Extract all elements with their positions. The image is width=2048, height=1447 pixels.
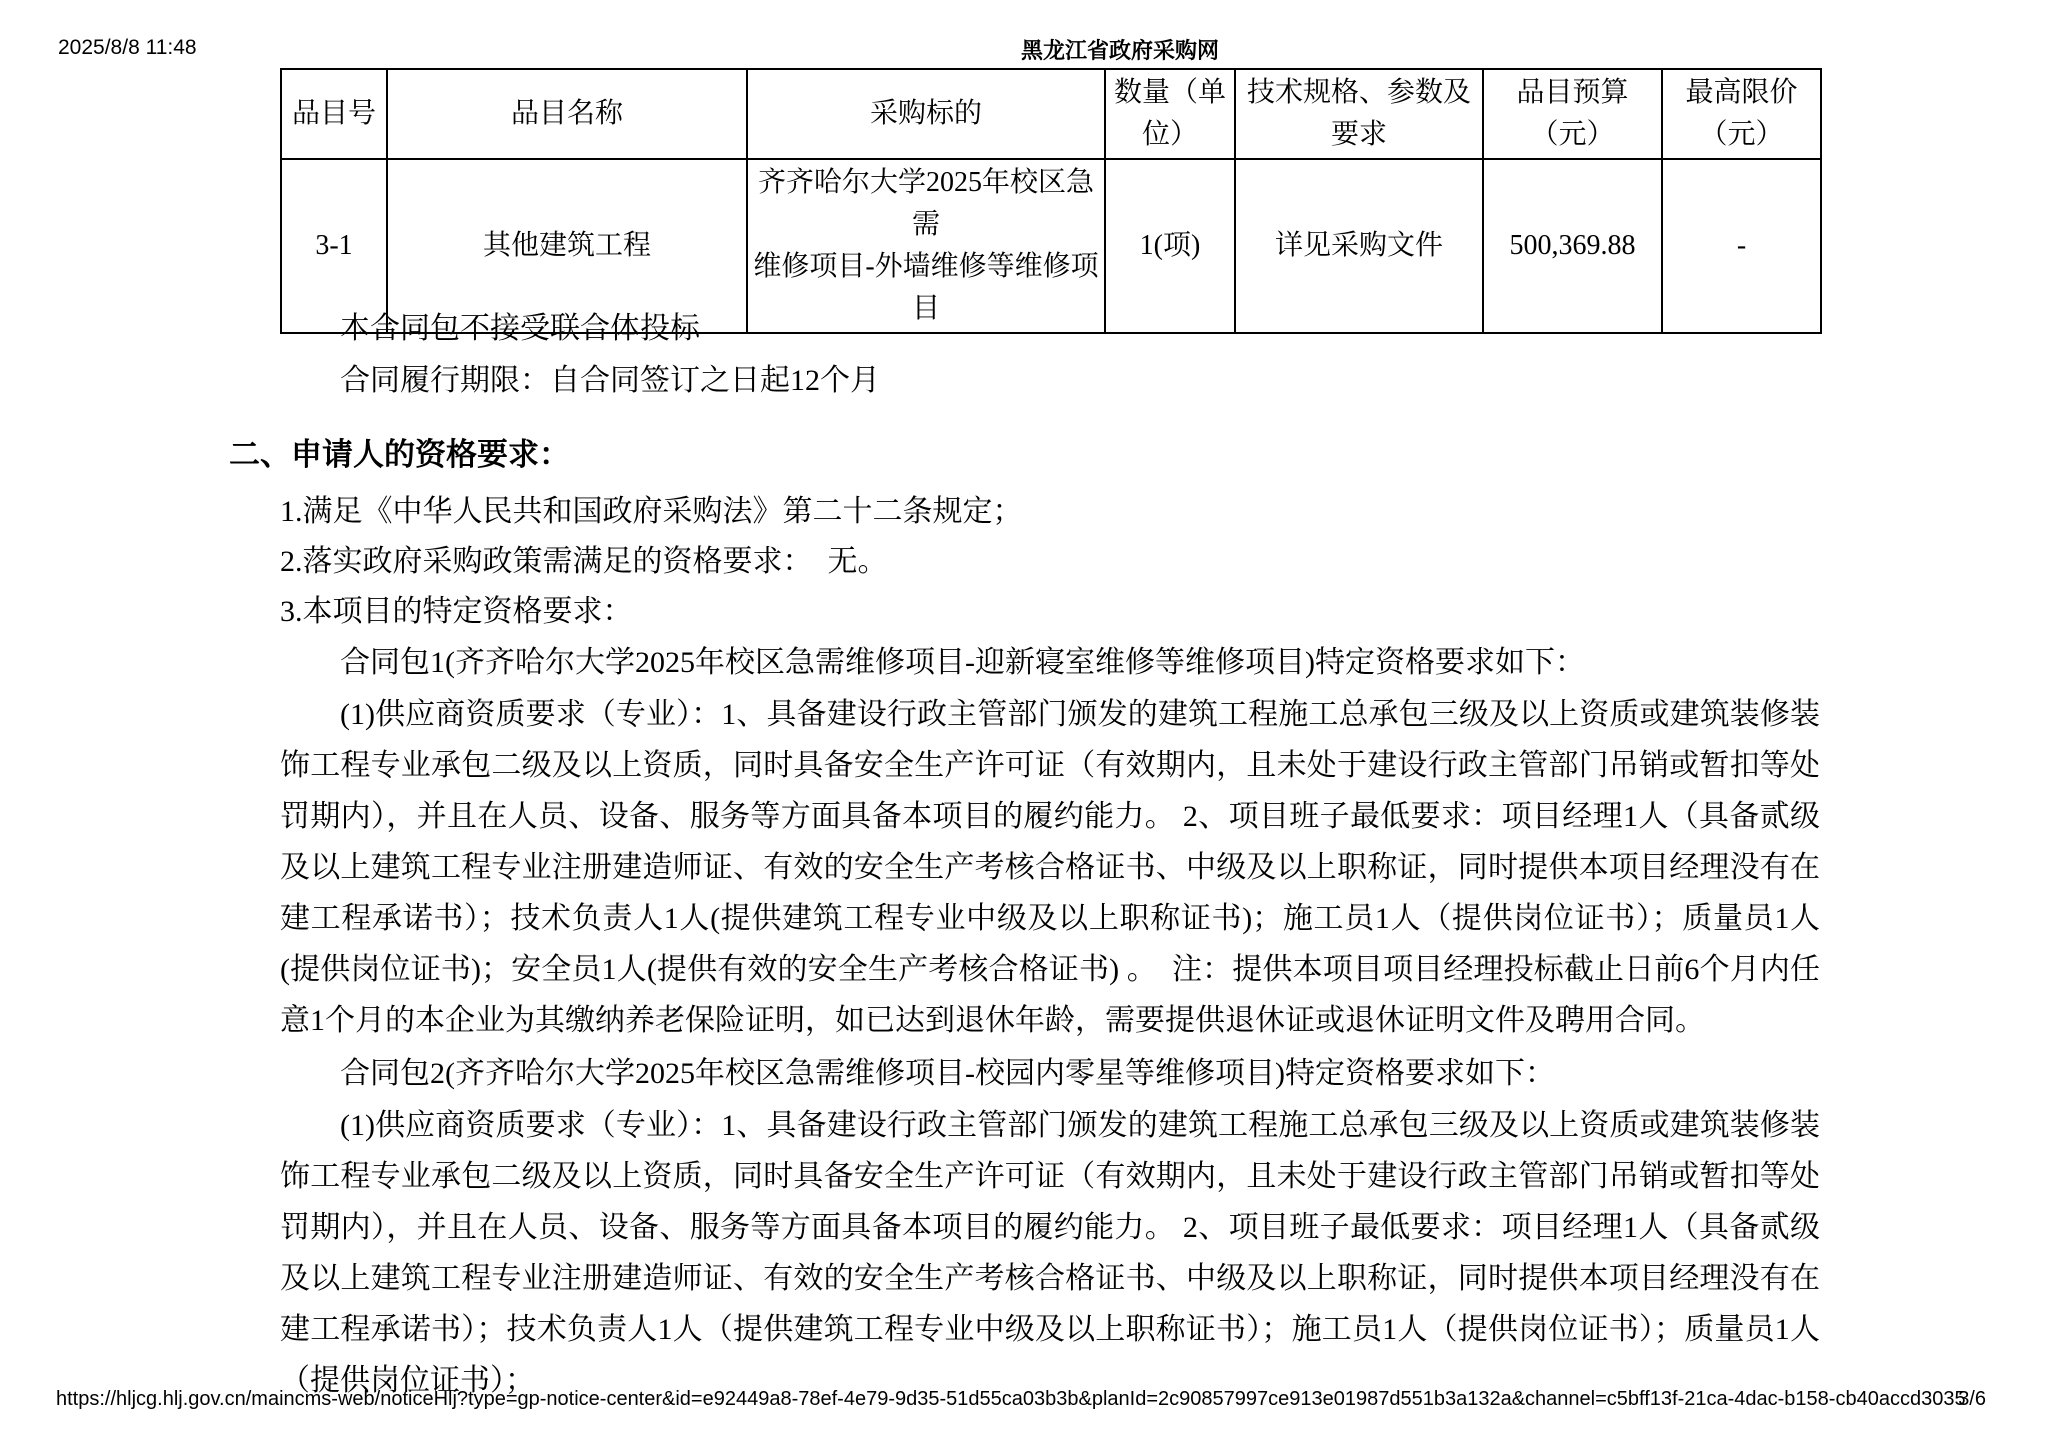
col-header-item-name: 品目名称 — [387, 69, 747, 159]
table-header-row: 品目号 品目名称 采购标的 数量（单 位） 技术规格、参数及 要求 品目预算 （… — [281, 69, 1821, 159]
col-header-target: 采购标的 — [747, 69, 1105, 159]
qualification-item-3: 3.本项目的特定资格要求： — [280, 587, 1820, 637]
package-2-intro: 合同包2(齐齐哈尔大学2025年校区急需维修项目-校园内零星等维修项目)特定资格… — [280, 1048, 1820, 1100]
note-no-consortium: 本合同包不接受联合体投标 — [280, 303, 1820, 355]
col-header-quantity: 数量（单 位） — [1105, 69, 1235, 159]
qualification-items: 1.满足《中华人民共和国政府采购法》第二十二条规定； 2.落实政府采购政策需满足… — [280, 487, 1820, 637]
note-contract-period: 合同履行期限：自合同签订之日起12个月 — [280, 355, 1820, 407]
section-heading-qualifications: 二、申请人的资格要求： — [229, 429, 1820, 481]
qualification-item-1: 1.满足《中华人民共和国政府采购法》第二十二条规定； — [280, 487, 1820, 537]
print-footer-url: https://hljcg.hlj.gov.cn/maincms-web/not… — [56, 1388, 1966, 1411]
col-header-budget: 品目预算 （元） — [1483, 69, 1662, 159]
qualification-item-2: 2.落实政府采购政策需满足的资格要求： 无。 — [280, 537, 1820, 587]
site-title: 黑龙江省政府采购网 — [1021, 34, 1219, 65]
procurement-items-table: 品目号 品目名称 采购标的 数量（单 位） 技术规格、参数及 要求 品目预算 （… — [280, 68, 1822, 334]
col-header-item-no: 品目号 — [281, 69, 387, 159]
print-footer-page-indicator: 3/6 — [1958, 1388, 1986, 1411]
printed-page: 2025/8/8 11:48 黑龙江省政府采购网 品目号 品目名称 采购标的 数… — [0, 0, 2048, 1447]
col-header-spec: 技术规格、参数及 要求 — [1235, 69, 1483, 159]
package-2-requirements: (1)供应商资质要求（专业）：1、具备建设行政主管部门颁发的建筑工程施工总承包三… — [280, 1100, 1820, 1406]
print-datetime: 2025/8/8 11:48 — [58, 36, 197, 60]
package-1-requirements: (1)供应商资质要求（专业）：1、具备建设行政主管部门颁发的建筑工程施工总承包三… — [280, 689, 1820, 1046]
package-1-intro: 合同包1(齐齐哈尔大学2025年校区急需维修项目-迎新寝室维修等维修项目)特定资… — [280, 637, 1820, 689]
col-header-max-cap: 最高限价 （元） — [1662, 69, 1821, 159]
document-body: 本合同包不接受联合体投标 合同履行期限：自合同签订之日起12个月 二、申请人的资… — [280, 303, 1820, 1406]
